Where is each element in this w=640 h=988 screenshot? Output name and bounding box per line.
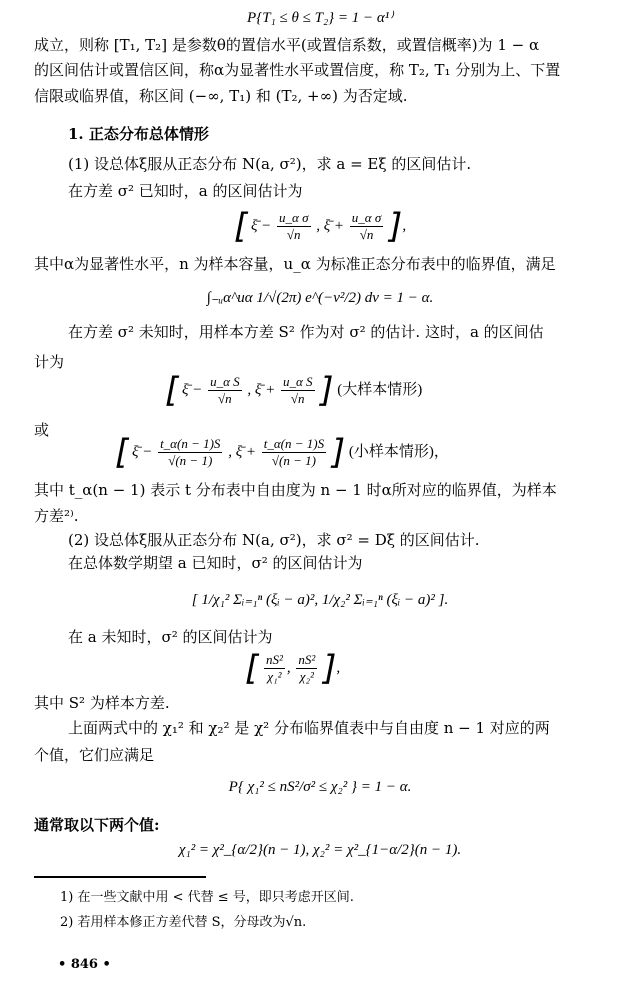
text-line: 在总体数学期望 a 已知时，σ² 的区间估计为 (68, 553, 363, 573)
text-line: 通常取以下两个值: (34, 815, 160, 835)
text-line: 在方差 σ² 未知时，用样本方差 S² 作为对 σ² 的估计. 这时，a 的区间… (68, 322, 544, 342)
text-line: 在 a 未知时，σ² 的区间估计为 (68, 627, 273, 647)
formula-mean-interval-large-sample: [ ξ̄ − u_α S√n , ξ̄ + u_α S√n ] (大样本情形) (165, 372, 422, 409)
text-line: 或 (34, 420, 49, 440)
formula-variance-interval-known-mean: [ 1/χ₁² Σᵢ₌₁ⁿ (ξᵢ − a)², 1/χ₂² Σᵢ₌₁ⁿ (ξᵢ… (0, 585, 640, 615)
text-line: 方差²⁾. (34, 506, 78, 526)
text-line: 上面两式中的 χ₁² 和 χ₂² 是 χ² 分布临界值表中与自由度 n − 1 … (68, 718, 550, 738)
formula-mean-interval-known-variance: [ ξ̄ − u_α σ√n , ξ̄ + u_α σ√n ], (0, 208, 640, 245)
page-number: • 846 • (58, 955, 111, 975)
text-line: 在方差 σ² 已知时，a 的区间估计为 (68, 181, 303, 201)
section-heading: 1. 正态分布总体情形 (68, 124, 209, 144)
footnote-1: 1) 在一些文献中用 < 代替 ≤ 号，即只考虑开区间. (60, 888, 354, 908)
text-line: (1) 设总体ξ服从正态分布 N(a, σ²)，求 a = Eξ 的区间估计. (68, 154, 471, 174)
text-line: 其中 t_α(n − 1) 表示 t 分布表中自由度为 n − 1 时α所对应的… (34, 480, 557, 500)
text-line: 个值，它们应满足 (34, 745, 154, 765)
text-line: 其中α为显著性水平，n 为样本容量，u_α 为标准正态分布表中的临界值，满足 (34, 254, 556, 274)
text-line: 信限或临界值，称区间 (−∞, T₁) 和 (T₂, +∞) 为否定域. (34, 86, 408, 106)
text-line: 计为 (34, 352, 64, 372)
text-line: 成立，则称 [T₁, T₂] 是参数θ的置信水平(或置信系数，或置信概率)为 1… (34, 35, 539, 55)
footnote-divider (34, 876, 206, 878)
formula-normal-integral: ∫₋ᵤα^uα 1/√(2π) e^(−v²/2) dv = 1 − α. (0, 283, 640, 313)
text-line: 其中 S² 为样本方差. (34, 693, 170, 713)
formula-chi-square-values: χ₁² = χ²_{α/2}(n − 1), χ₂² = χ²_{1−α/2}(… (0, 840, 640, 860)
text-line: (2) 设总体ξ服从正态分布 N(a, σ²)，求 σ² = Dξ 的区间估计. (68, 530, 480, 550)
formula-chi-square-probability: P{ χ₁² ≤ nS²/σ² ≤ χ₂² } = 1 − α. (0, 772, 640, 802)
formula-variance-interval-unknown-mean: [ nS²χ₁², nS²χ₂² ], (245, 650, 340, 687)
text-line: 的区间估计或置信区间，称α为显著性水平或置信度，称 T₂, T₁ 分别为上、下置 (34, 60, 560, 80)
footnote-2: 2) 若用样本修正方差代替 S，分母改为√n. (60, 913, 306, 933)
formula-mean-interval-small-sample: [ ξ̄ − t_α(n − 1)S√(n − 1) , ξ̄ + t_α(n … (115, 432, 449, 473)
formula-confidence-probability: P{T₁ ≤ θ ≤ T₂} = 1 − α¹⁾ (0, 8, 640, 28)
